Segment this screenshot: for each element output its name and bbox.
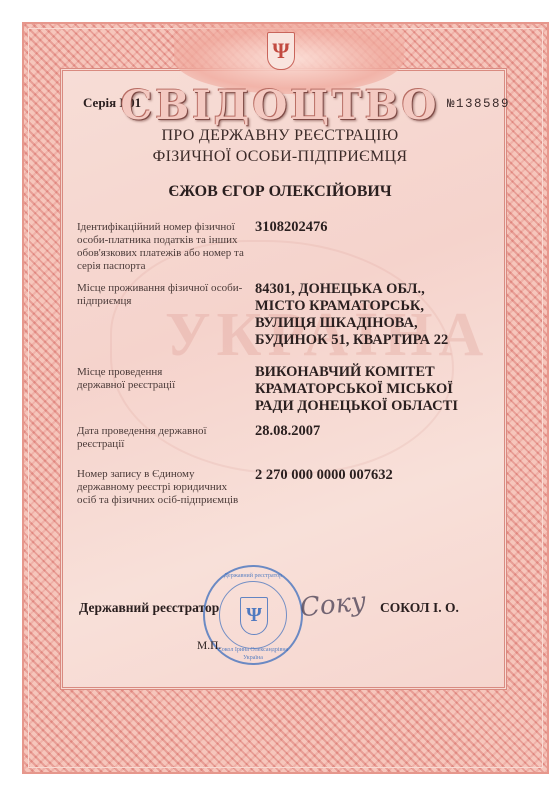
registrar-label: Державний реєстратор — [79, 600, 219, 616]
subtitle-line-1: ПРО ДЕРЖАВНУ РЕЄСТРАЦІЮ — [0, 127, 560, 145]
seal-place-label: М.П. — [197, 640, 221, 652]
residence-value: 84301, ДОНЕЦЬКА ОБЛ., МІСТО КРАМАТОРСЬК,… — [255, 281, 465, 349]
subtitle-line-2: ФІЗИЧНОЇ ОСОБИ-ПІДПРИЄМЦЯ — [0, 148, 560, 166]
trident-icon: Ψ — [267, 32, 295, 70]
stamp-trident-icon: Ψ — [240, 597, 268, 635]
document-number: №138589 — [447, 97, 510, 111]
stamp-top-text: Державний реєстратор — [205, 573, 301, 579]
holder-name: ЄЖОВ ЄГОР ОЛЕКСІЙОВИЧ — [0, 183, 560, 201]
record-number-value: 2 270 000 0000 007632 — [255, 467, 515, 484]
tax-id-label: Ідентифікаційний номер фізичної особи-пл… — [77, 221, 252, 273]
registrar-name: СОКОЛ І. О. — [380, 600, 459, 616]
registration-date-value: 28.08.2007 — [255, 423, 515, 440]
tax-id-value: 3108202476 — [255, 219, 515, 236]
registration-place-label: Місце проведення державної реєстрації — [77, 366, 207, 392]
stamp-footer-text: Україна — [205, 655, 301, 661]
residence-label: Місце проживання фізичної особи-підприєм… — [77, 282, 252, 308]
record-number-label: Номер запису в Єдиному державному реєстр… — [77, 468, 242, 507]
registration-date-label: Дата проведення державної реєстрації — [77, 425, 207, 451]
registration-place-value: ВИКОНАВЧИЙ КОМІТЕТ КРАМАТОРСЬКОЇ МІСЬКОЇ… — [255, 364, 490, 415]
